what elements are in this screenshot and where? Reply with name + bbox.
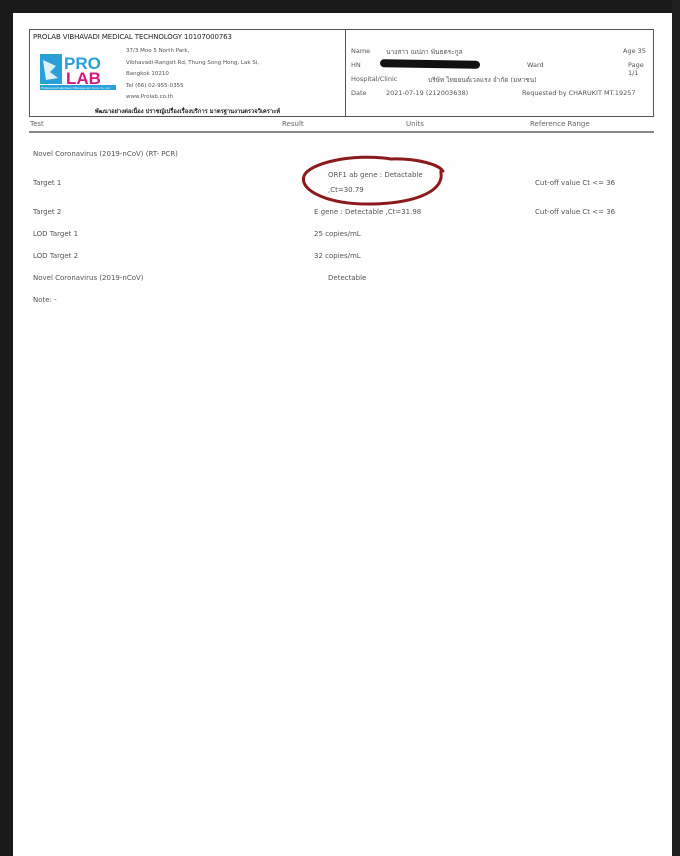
hand-drawn-circle-annotation <box>13 13 672 856</box>
lab-report-page: PROLAB VIBHAVADI MEDICAL TECHNOLOGY 1010… <box>13 13 672 856</box>
background-edge <box>672 0 680 856</box>
